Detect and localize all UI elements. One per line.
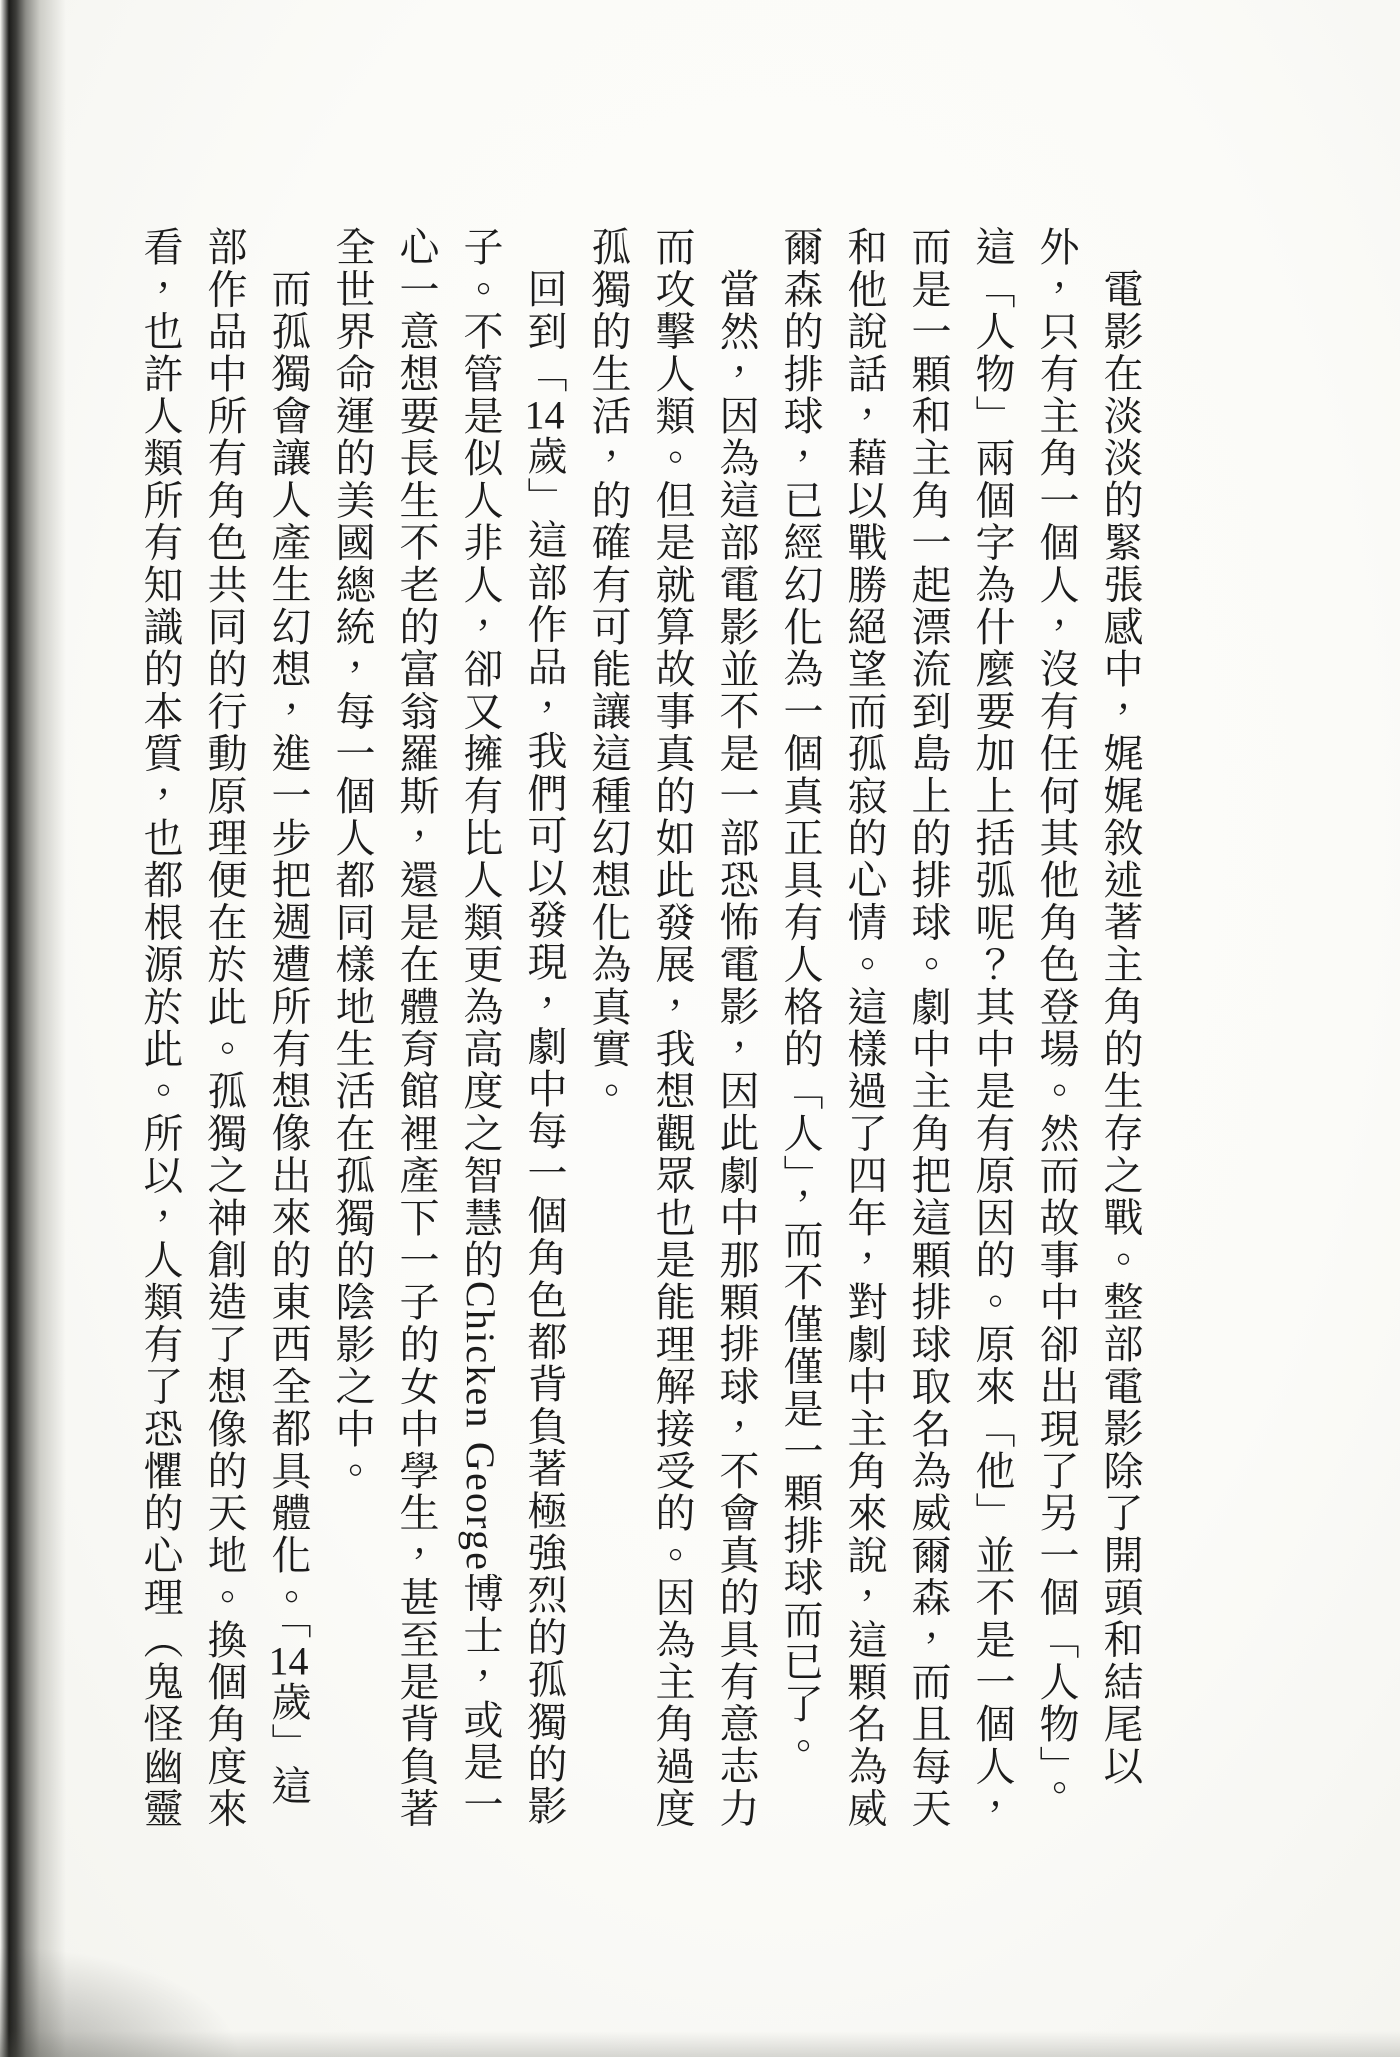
paragraph: 當然，因為這部電影並不是一部恐怖電影，因此劇中那顆排球，不會真的具有意志力而攻擊…: [576, 226, 768, 1832]
tcy-number: 14: [522, 395, 567, 435]
paragraph: 回到「14歲」這部作品，我們可以發現，劇中每一個角色都背負著極強烈的孤獨的影子。…: [320, 226, 576, 1832]
page-gutter-shadow: [0, 0, 70, 2057]
tcy-number: 14: [266, 1641, 311, 1681]
paragraph: 而孤獨會讓人產生幻想，進一步把週遭所有想像出來的東西全都具體化。「14歲」這部作…: [128, 226, 320, 1832]
article-text: 電影在淡淡的緊張感中，娓娓敘述著主角的生存之戰。整部電影除了開頭和結尾以外，只有…: [126, 226, 1152, 1832]
book-page: 電影在淡淡的緊張感中，娓娓敘述著主角的生存之戰。整部電影除了開頭和結尾以外，只有…: [0, 0, 1400, 2057]
paragraph: 電影在淡淡的緊張感中，娓娓敘述著主角的生存之戰。整部電影除了開頭和結尾以外，只有…: [768, 226, 1152, 1832]
page-bottom-shadow: [0, 2031, 1400, 2057]
